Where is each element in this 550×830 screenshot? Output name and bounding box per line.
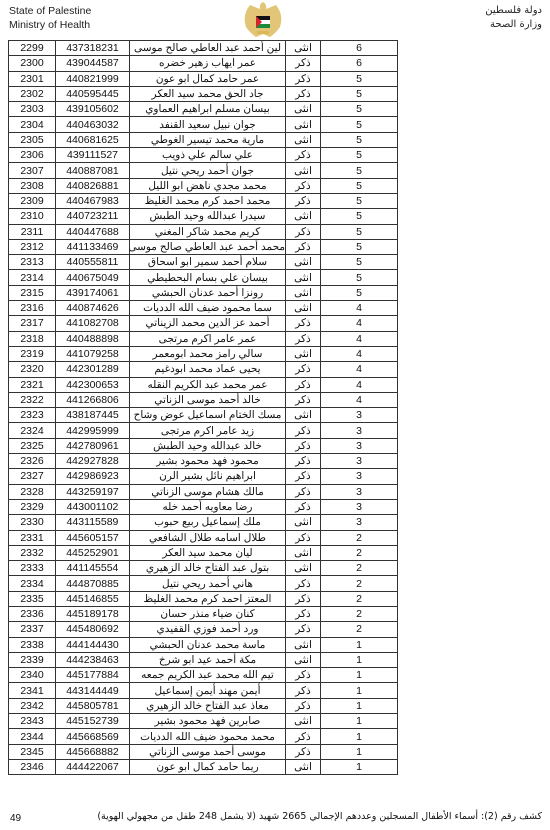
age-cell: 2 [321, 561, 398, 576]
age-cell: 4 [321, 346, 398, 361]
table-row: 2328443259197مالك هشام موسى الزناتيذكر3 [9, 484, 398, 499]
table-row: 2312441133469محمد أحمد عبد العاطي صالح م… [9, 239, 398, 254]
full-name-cell: عمر حامد كمال ابو عون [130, 71, 286, 86]
age-cell: 3 [321, 438, 398, 453]
age-cell: 5 [321, 209, 398, 224]
id-number-cell: 445146855 [56, 591, 130, 606]
age-cell: 2 [321, 530, 398, 545]
age-cell: 5 [321, 285, 398, 300]
gender-cell: انثى [286, 255, 321, 270]
age-cell: 2 [321, 545, 398, 560]
row-number-cell: 2332 [9, 545, 56, 560]
gender-cell: ذكر [286, 423, 321, 438]
table-row: 2339444238463مكة أحمد عيد ابو شرخانثى1 [9, 652, 398, 667]
gender-cell: ذكر [286, 86, 321, 101]
full-name-cell: المعتز احمد كرم محمد الغليظ [130, 591, 286, 606]
gender-cell: ذكر [286, 178, 321, 193]
id-number-cell: 440826881 [56, 178, 130, 193]
gender-cell: ذكر [286, 438, 321, 453]
gender-cell: ذكر [286, 239, 321, 254]
gender-cell: ذكر [286, 683, 321, 698]
full-name-cell: محمد محمود ضيف الله الدديات [130, 729, 286, 744]
id-number-cell: 439105602 [56, 102, 130, 117]
row-number-cell: 2341 [9, 683, 56, 698]
gender-cell: ذكر [286, 193, 321, 208]
id-number-cell: 441145554 [56, 561, 130, 576]
table-row: 2335445146855المعتز احمد كرم محمد الغليظ… [9, 591, 398, 606]
gender-cell: ذكر [286, 362, 321, 377]
age-cell: 5 [321, 148, 398, 163]
gender-cell: انثى [286, 714, 321, 729]
full-name-cell: زيد عامر اكرم مرتجى [130, 423, 286, 438]
id-number-cell: 440595445 [56, 86, 130, 101]
table-row: 2325442780961خالد عبدالله وحيد الطبشذكر3 [9, 438, 398, 453]
id-number-cell: 441133469 [56, 239, 130, 254]
full-name-cell: محمد احمد كرم محمد الغليظ [130, 193, 286, 208]
row-number-cell: 2309 [9, 193, 56, 208]
age-cell: 4 [321, 331, 398, 346]
table-row: 2308440826881محمد مجدي ناهض ابو الليلذكر… [9, 178, 398, 193]
gender-cell: انثى [286, 515, 321, 530]
age-cell: 3 [321, 408, 398, 423]
full-name-cell: مالك هشام موسى الزناتي [130, 484, 286, 499]
table-row: 2318440488898عمر عامر اكرم مرتجىذكر4 [9, 331, 398, 346]
row-number-cell: 2335 [9, 591, 56, 606]
id-number-cell: 444144430 [56, 637, 130, 652]
id-number-cell: 440555811 [56, 255, 130, 270]
full-name-cell: مسك الختام اسماعيل عوض وشاح [130, 408, 286, 423]
full-name-cell: بيسان مسلم ابراهيم العماوي [130, 102, 286, 117]
row-number-cell: 2303 [9, 102, 56, 117]
age-cell: 2 [321, 576, 398, 591]
age-cell: 5 [321, 71, 398, 86]
id-number-cell: 445152739 [56, 714, 130, 729]
table-row: 2303439105602بيسان مسلم ابراهيم العماويا… [9, 102, 398, 117]
age-cell: 2 [321, 622, 398, 637]
age-cell: 1 [321, 714, 398, 729]
table-row: 2301440821999عمر حامد كمال ابو عونذكر5 [9, 71, 398, 86]
row-number-cell: 2345 [9, 744, 56, 759]
full-name-cell: ابراهيم نائل بشير الرن [130, 469, 286, 484]
gender-cell: ذكر [286, 377, 321, 392]
id-number-cell: 445189178 [56, 606, 130, 621]
table-row: 2329443001102رضا معاويه أحمد خلهذكر3 [9, 499, 398, 514]
row-number-cell: 2306 [9, 148, 56, 163]
header-state-ar: دولة فلسطين [485, 4, 542, 18]
age-cell: 3 [321, 499, 398, 514]
table-row: 2315439174061رونزا أحمد عدنان الحبشيانثى… [9, 285, 398, 300]
row-number-cell: 2320 [9, 362, 56, 377]
row-number-cell: 2318 [9, 331, 56, 346]
page-number: 49 [10, 813, 21, 824]
table-row: 2326442927828محمود فهد محمود بشيرذكر3 [9, 454, 398, 469]
gender-cell: انثى [286, 652, 321, 667]
age-cell: 1 [321, 683, 398, 698]
gender-cell: ذكر [286, 668, 321, 683]
table-row: 2345445668882موسى أحمد موسى الزناتيذكر1 [9, 744, 398, 759]
age-cell: 4 [321, 377, 398, 392]
table-row: 2305440681625مارية محمد تيسير الغوطيانثى… [9, 132, 398, 147]
table-row: 2302440595445جاد الحق محمد سيد العكرذكر5 [9, 86, 398, 101]
row-number-cell: 2343 [9, 714, 56, 729]
id-number-cell: 443144449 [56, 683, 130, 698]
row-number-cell: 2310 [9, 209, 56, 224]
full-name-cell: عمر عامر اكرم مرتجى [130, 331, 286, 346]
table-row: 2322441266806خالد أحمد موسى الزناتيذكر4 [9, 392, 398, 407]
id-number-cell: 441079258 [56, 346, 130, 361]
full-name-cell: معاذ عبد الفتاح خالد الزهيري [130, 698, 286, 713]
gender-cell: ذكر [286, 392, 321, 407]
table-row: 2327442986923ابراهيم نائل بشير الرنذكر3 [9, 469, 398, 484]
full-name-cell: ليان محمد سيد العكر [130, 545, 286, 560]
row-number-cell: 2302 [9, 86, 56, 101]
id-number-cell: 440675049 [56, 270, 130, 285]
age-cell: 2 [321, 606, 398, 621]
row-number-cell: 2305 [9, 132, 56, 147]
full-name-cell: سيدرا عبدالله وحيد الطبش [130, 209, 286, 224]
row-number-cell: 2337 [9, 622, 56, 637]
row-number-cell: 2323 [9, 408, 56, 423]
id-number-cell: 440447688 [56, 224, 130, 239]
gender-cell: انثى [286, 117, 321, 132]
id-number-cell: 440723211 [56, 209, 130, 224]
full-name-cell: سالي رامز محمد ابومعمر [130, 346, 286, 361]
id-number-cell: 441266806 [56, 392, 130, 407]
full-name-cell: خالد أحمد موسى الزناتي [130, 392, 286, 407]
header-arabic: دولة فلسطين وزارة الصحة [485, 4, 542, 32]
table-row: 2332445252901ليان محمد سيد العكرانثى2 [9, 545, 398, 560]
age-cell: 5 [321, 102, 398, 117]
age-cell: 1 [321, 652, 398, 667]
gender-cell: انثى [286, 637, 321, 652]
header-ministry-en: Ministry of Health [9, 18, 91, 32]
row-number-cell: 2339 [9, 652, 56, 667]
full-name-cell: طلال اسامه طلال الشافعي [130, 530, 286, 545]
row-number-cell: 2299 [9, 41, 56, 56]
full-name-cell: موسى أحمد موسى الزناتي [130, 744, 286, 759]
gender-cell: ذكر [286, 729, 321, 744]
row-number-cell: 2342 [9, 698, 56, 713]
full-name-cell: لين أحمد عبد العاطي صالح موسى [130, 41, 286, 56]
row-number-cell: 2336 [9, 606, 56, 621]
gender-cell: انثى [286, 102, 321, 117]
row-number-cell: 2334 [9, 576, 56, 591]
gender-cell: انثى [286, 163, 321, 178]
row-number-cell: 2314 [9, 270, 56, 285]
age-cell: 2 [321, 591, 398, 606]
gender-cell: ذكر [286, 148, 321, 163]
full-name-cell: محمود فهد محمود بشير [130, 454, 286, 469]
full-name-cell: هاني أحمد ريحي نتيل [130, 576, 286, 591]
gender-cell: ذكر [286, 744, 321, 759]
age-cell: 5 [321, 193, 398, 208]
table-row: 2323438187445مسك الختام اسماعيل عوض وشاح… [9, 408, 398, 423]
id-number-cell: 445668569 [56, 729, 130, 744]
full-name-cell: جوان أحمد ريحي نتيل [130, 163, 286, 178]
full-name-cell: ملك إسماعيل ربيع حبوب [130, 515, 286, 530]
age-cell: 1 [321, 759, 398, 774]
age-cell: 6 [321, 41, 398, 56]
id-number-cell: 443115589 [56, 515, 130, 530]
full-name-cell: سلام أحمد سمير ابو اسحاق [130, 255, 286, 270]
row-number-cell: 2327 [9, 469, 56, 484]
id-number-cell: 445805781 [56, 698, 130, 713]
id-number-cell: 440467983 [56, 193, 130, 208]
age-cell: 1 [321, 637, 398, 652]
table-row: 2310440723211سيدرا عبدالله وحيد الطبشانث… [9, 209, 398, 224]
gender-cell: ذكر [286, 316, 321, 331]
gender-cell: انثى [286, 285, 321, 300]
full-name-cell: عمر محمد عبد الكريم النقله [130, 377, 286, 392]
full-name-cell: جاد الحق محمد سيد العكر [130, 86, 286, 101]
gender-cell: ذكر [286, 331, 321, 346]
table-row: 2313440555811سلام أحمد سمير ابو اسحاقانث… [9, 255, 398, 270]
age-cell: 1 [321, 698, 398, 713]
row-number-cell: 2312 [9, 239, 56, 254]
age-cell: 3 [321, 515, 398, 530]
full-name-cell: ورد أحمد فوزي القفيدي [130, 622, 286, 637]
full-name-cell: ماسة محمد عدنان الحبشي [130, 637, 286, 652]
table-row: 2334444870885هاني أحمد ريحي نتيلذكر2 [9, 576, 398, 591]
full-name-cell: كريم محمد شاكر المغني [130, 224, 286, 239]
table-row: 2319441079258سالي رامز محمد ابومعمرانثى4 [9, 346, 398, 361]
age-cell: 3 [321, 454, 398, 469]
table-caption: كشف رقم (2): أسماء الأطفال المسجلين وعدد… [97, 811, 542, 822]
id-number-cell: 439044587 [56, 56, 130, 71]
id-number-cell: 444870885 [56, 576, 130, 591]
full-name-cell: سما محمود ضيف الله الدديات [130, 301, 286, 316]
table-row: 2340445177884تيم الله محمد عبد الكريم جم… [9, 668, 398, 683]
age-cell: 3 [321, 469, 398, 484]
gender-cell: ذكر [286, 469, 321, 484]
id-number-cell: 440488898 [56, 331, 130, 346]
gender-cell: ذكر [286, 530, 321, 545]
full-name-cell: صابرين فهد محمود بشير [130, 714, 286, 729]
gender-cell: انثى [286, 346, 321, 361]
age-cell: 4 [321, 392, 398, 407]
row-number-cell: 2346 [9, 759, 56, 774]
id-number-cell: 442927828 [56, 454, 130, 469]
row-number-cell: 2321 [9, 377, 56, 392]
table-row: 2337445480692ورد أحمد فوزي القفيديذكر2 [9, 622, 398, 637]
age-cell: 4 [321, 316, 398, 331]
id-number-cell: 444422067 [56, 759, 130, 774]
gender-cell: ذكر [286, 606, 321, 621]
age-cell: 6 [321, 56, 398, 71]
table-row: 2343445152739صابرين فهد محمود بشيرانثى1 [9, 714, 398, 729]
table-row: 2309440467983محمد احمد كرم محمد الغليظذك… [9, 193, 398, 208]
id-number-cell: 442995999 [56, 423, 130, 438]
full-name-cell: عمر ايهاب زهير خضره [130, 56, 286, 71]
age-cell: 5 [321, 255, 398, 270]
age-cell: 5 [321, 178, 398, 193]
gender-cell: انثى [286, 270, 321, 285]
id-number-cell: 445252901 [56, 545, 130, 560]
table-row: 2317441082708أحمد عز الدين محمد الزيناتي… [9, 316, 398, 331]
row-number-cell: 2307 [9, 163, 56, 178]
row-number-cell: 2325 [9, 438, 56, 453]
gender-cell: ذكر [286, 224, 321, 239]
table-row: 2330443115589ملك إسماعيل ربيع حبوبانثى3 [9, 515, 398, 530]
id-number-cell: 440887081 [56, 163, 130, 178]
id-number-cell: 444238463 [56, 652, 130, 667]
gender-cell: انثى [286, 545, 321, 560]
table-row: 2307440887081جوان أحمد ريحي نتيلانثى5 [9, 163, 398, 178]
gender-cell: ذكر [286, 622, 321, 637]
full-name-cell: رونزا أحمد عدنان الحبشي [130, 285, 286, 300]
gender-cell: ذكر [286, 499, 321, 514]
table-row: 2346444422067ريما حامد كمال ابو عونانثى1 [9, 759, 398, 774]
id-number-cell: 440821999 [56, 71, 130, 86]
full-name-cell: مارية محمد تيسير الغوطي [130, 132, 286, 147]
row-number-cell: 2317 [9, 316, 56, 331]
table-row: 2320442301289يحيى عماد محمد ابودغيمذكر4 [9, 362, 398, 377]
full-name-cell: مكة أحمد عيد ابو شرخ [130, 652, 286, 667]
id-number-cell: 445605157 [56, 530, 130, 545]
gender-cell: ذكر [286, 698, 321, 713]
row-number-cell: 2322 [9, 392, 56, 407]
table-row: 2336445189178كنان ضياء منذر حسانذكر2 [9, 606, 398, 621]
id-number-cell: 438187445 [56, 408, 130, 423]
gender-cell: ذكر [286, 71, 321, 86]
gender-cell: انثى [286, 132, 321, 147]
full-name-cell: محمد أحمد عبد العاطي صالح موسى [130, 239, 286, 254]
id-number-cell: 440463032 [56, 117, 130, 132]
full-name-cell: يحيى عماد محمد ابودغيم [130, 362, 286, 377]
row-number-cell: 2331 [9, 530, 56, 545]
id-number-cell: 440681625 [56, 132, 130, 147]
age-cell: 5 [321, 117, 398, 132]
id-number-cell: 441082708 [56, 316, 130, 331]
table-row: 2311440447688كريم محمد شاكر المغنيذكر5 [9, 224, 398, 239]
id-number-cell: 443001102 [56, 499, 130, 514]
full-name-cell: أحمد عز الدين محمد الزيناتي [130, 316, 286, 331]
row-number-cell: 2338 [9, 637, 56, 652]
gender-cell: انثى [286, 209, 321, 224]
gender-cell: ذكر [286, 454, 321, 469]
gender-cell: ذكر [286, 56, 321, 71]
row-number-cell: 2304 [9, 117, 56, 132]
age-cell: 5 [321, 270, 398, 285]
table-row: 2331445605157طلال اسامه طلال الشافعيذكر2 [9, 530, 398, 545]
row-number-cell: 2315 [9, 285, 56, 300]
table-row: 2333441145554بتول عبد الفتاح خالد الزهير… [9, 561, 398, 576]
gender-cell: انثى [286, 561, 321, 576]
row-number-cell: 2319 [9, 346, 56, 361]
age-cell: 1 [321, 729, 398, 744]
table-row: 2341443144449أيمن مهند أيمن إسماعيلذكر1 [9, 683, 398, 698]
row-number-cell: 2328 [9, 484, 56, 499]
id-number-cell: 439111527 [56, 148, 130, 163]
row-number-cell: 2300 [9, 56, 56, 71]
row-number-cell: 2333 [9, 561, 56, 576]
table-row: 2342445805781معاذ عبد الفتاح خالد الزهير… [9, 698, 398, 713]
gender-cell: انثى [286, 759, 321, 774]
row-number-cell: 2330 [9, 515, 56, 530]
age-cell: 5 [321, 224, 398, 239]
gender-cell: ذكر [286, 591, 321, 606]
table-row: 2300439044587عمر ايهاب زهير خضرهذكر6 [9, 56, 398, 71]
id-number-cell: 442986923 [56, 469, 130, 484]
full-name-cell: علي سالم علي ذويب [130, 148, 286, 163]
row-number-cell: 2326 [9, 454, 56, 469]
id-number-cell: 440874626 [56, 301, 130, 316]
full-name-cell: أيمن مهند أيمن إسماعيل [130, 683, 286, 698]
gender-cell: انثى [286, 301, 321, 316]
row-number-cell: 2324 [9, 423, 56, 438]
table-row: 2299437318231لين أحمد عبد العاطي صالح مو… [9, 41, 398, 56]
age-cell: 5 [321, 239, 398, 254]
age-cell: 4 [321, 301, 398, 316]
gender-cell: ذكر [286, 576, 321, 591]
table-row: 2314440675049بيسان علي بسام البحطيطيانثى… [9, 270, 398, 285]
id-number-cell: 442780961 [56, 438, 130, 453]
row-number-cell: 2316 [9, 301, 56, 316]
row-number-cell: 2313 [9, 255, 56, 270]
full-name-cell: تيم الله محمد عبد الكريم جمعه [130, 668, 286, 683]
id-number-cell: 442300653 [56, 377, 130, 392]
age-cell: 1 [321, 668, 398, 683]
header-state-en: State of Palestine [9, 4, 91, 18]
age-cell: 3 [321, 423, 398, 438]
full-name-cell: جوان نبيل سعيد القنفد [130, 117, 286, 132]
id-number-cell: 443259197 [56, 484, 130, 499]
gender-cell: انثى [286, 408, 321, 423]
id-number-cell: 445177884 [56, 668, 130, 683]
id-number-cell: 442301289 [56, 362, 130, 377]
age-cell: 1 [321, 744, 398, 759]
id-number-cell: 445668882 [56, 744, 130, 759]
full-name-cell: ريما حامد كمال ابو عون [130, 759, 286, 774]
table-row: 2321442300653عمر محمد عبد الكريم النقلهذ… [9, 377, 398, 392]
age-cell: 3 [321, 484, 398, 499]
table-row: 2306439111527علي سالم علي ذويبذكر5 [9, 148, 398, 163]
table-row: 2316440874626سما محمود ضيف الله الددياتا… [9, 301, 398, 316]
table-row: 2304440463032جوان نبيل سعيد القنفدانثى5 [9, 117, 398, 132]
gender-cell: انثى [286, 41, 321, 56]
id-number-cell: 445480692 [56, 622, 130, 637]
row-number-cell: 2340 [9, 668, 56, 683]
full-name-cell: خالد عبدالله وحيد الطبش [130, 438, 286, 453]
row-number-cell: 2329 [9, 499, 56, 514]
row-number-cell: 2308 [9, 178, 56, 193]
age-cell: 5 [321, 86, 398, 101]
table-body: 2299437318231لين أحمد عبد العاطي صالح مو… [9, 41, 398, 775]
age-cell: 5 [321, 163, 398, 178]
age-cell: 5 [321, 132, 398, 147]
table-row: 2338444144430ماسة محمد عدنان الحبشيانثى1 [9, 637, 398, 652]
full-name-cell: محمد مجدي ناهض ابو الليل [130, 178, 286, 193]
full-name-cell: بتول عبد الفتاح خالد الزهيري [130, 561, 286, 576]
table-row: 2344445668569محمد محمود ضيف الله الدديات… [9, 729, 398, 744]
table-row: 2324442995999زيد عامر اكرم مرتجىذكر3 [9, 423, 398, 438]
children-list-table: 2299437318231لين أحمد عبد العاطي صالح مو… [8, 40, 398, 775]
row-number-cell: 2344 [9, 729, 56, 744]
full-name-cell: رضا معاويه أحمد خله [130, 499, 286, 514]
full-name-cell: كنان ضياء منذر حسان [130, 606, 286, 621]
header-ministry-ar: وزارة الصحة [485, 18, 542, 32]
header-english: State of Palestine Ministry of Health [9, 4, 91, 32]
row-number-cell: 2311 [9, 224, 56, 239]
gender-cell: ذكر [286, 484, 321, 499]
id-number-cell: 439174061 [56, 285, 130, 300]
full-name-cell: بيسان علي بسام البحطيطي [130, 270, 286, 285]
age-cell: 4 [321, 362, 398, 377]
row-number-cell: 2301 [9, 71, 56, 86]
id-number-cell: 437318231 [56, 41, 130, 56]
